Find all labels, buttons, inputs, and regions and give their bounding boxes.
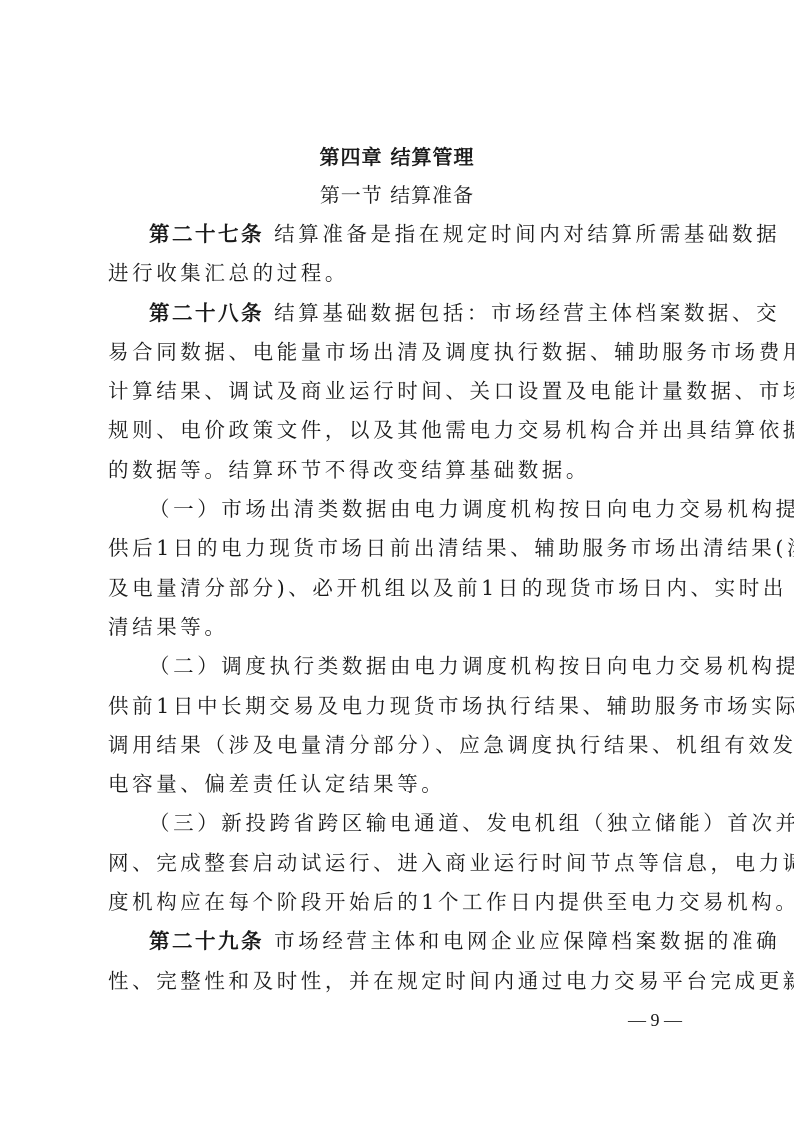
item-2-line-4: 电容量、偏差责任认定结果等。 bbox=[108, 768, 688, 807]
article-29-line-1: 第二十九条 市场经营主体和电网企业应保障档案数据的准确 bbox=[108, 925, 688, 964]
item-1-line-2: 供后1日的电力现货市场日前出清结果、辅助服务市场出清结果(涉 bbox=[108, 532, 688, 571]
item-3-line-1: （三）新投跨省跨区输电通道、发电机组（独立储能）首次并 bbox=[108, 807, 688, 846]
item-1-line-3: 及电量清分部分)、必开机组以及前1日的现货市场日内、实时出 bbox=[108, 572, 688, 611]
article-text: 结算基础数据包括：市场经营主体档案数据、交 bbox=[274, 301, 780, 325]
article-text: 市场经营主体和电网企业应保障档案数据的准确 bbox=[274, 929, 780, 953]
article-28-line-2: 易合同数据、电能量市场出清及调度执行数据、辅助服务市场费用 bbox=[108, 336, 688, 375]
article-label: 第二十七条 bbox=[149, 222, 264, 246]
article-label: 第二十八条 bbox=[149, 301, 264, 325]
article-28-line-4: 规则、电价政策文件，以及其他需电力交易机构合并出具结算依据 bbox=[108, 414, 688, 453]
item-1-line-4: 清结果等。 bbox=[108, 611, 688, 650]
document-page: 第四章 结算管理 第一节 结算准备 第二十七条 结算准备是指在规定时间内对结算所… bbox=[0, 0, 794, 1123]
item-2-line-1: （二）调度执行类数据由电力调度机构按日向电力交易机构提 bbox=[108, 650, 688, 689]
item-1-line-1: （一）市场出清类数据由电力调度机构按日向电力交易机构提 bbox=[108, 493, 688, 532]
section-title: 第一节 结算准备 bbox=[0, 181, 794, 209]
body-text: 第二十七条 结算准备是指在规定时间内对结算所需基础数据 进行收集汇总的过程。 第… bbox=[108, 218, 688, 1004]
article-28-line-3: 计算结果、调试及商业运行时间、关口设置及电能计量数据、市场 bbox=[108, 375, 688, 414]
item-3-line-3: 度机构应在每个阶段开始后的1个工作日内提供至电力交易机构。 bbox=[108, 886, 688, 925]
article-29-line-2: 性、完整性和及时性，并在规定时间内通过电力交易平台完成更新、 bbox=[108, 965, 688, 1004]
item-3-line-2: 网、完成整套启动试运行、进入商业运行时间节点等信息，电力调 bbox=[108, 847, 688, 886]
page-number: — 9 — bbox=[628, 1008, 682, 1032]
item-2-line-3: 调用结果（涉及电量清分部分）、应急调度执行结果、机组有效发 bbox=[108, 729, 688, 768]
article-27-line-2: 进行收集汇总的过程。 bbox=[108, 257, 688, 296]
article-label: 第二十九条 bbox=[149, 929, 264, 953]
item-2-line-2: 供前1日中长期交易及电力现货市场执行结果、辅助服务市场实际 bbox=[108, 690, 688, 729]
article-28-line-5: 的数据等。结算环节不得改变结算基础数据。 bbox=[108, 454, 688, 493]
article-text: 结算准备是指在规定时间内对结算所需基础数据 bbox=[274, 222, 780, 246]
article-28-line-1: 第二十八条 结算基础数据包括：市场经营主体档案数据、交 bbox=[108, 297, 688, 336]
article-27-line-1: 第二十七条 结算准备是指在规定时间内对结算所需基础数据 bbox=[108, 218, 688, 257]
chapter-title: 第四章 结算管理 bbox=[0, 143, 794, 171]
